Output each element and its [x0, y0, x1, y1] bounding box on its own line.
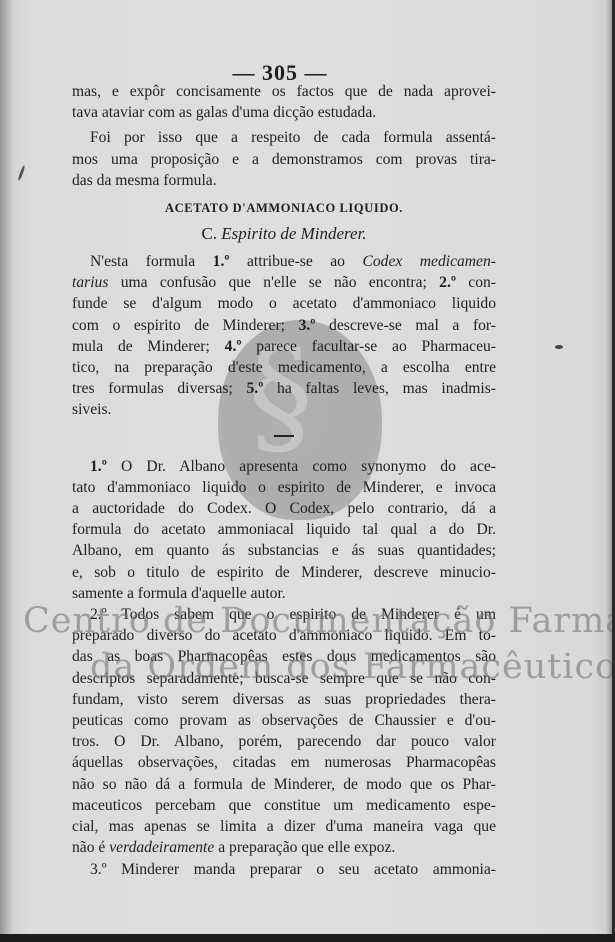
text-run: attribue-se ao [229, 253, 362, 270]
section-title: ACETATO D'AMMONIACO LIQUIDO. [72, 195, 496, 221]
text-line: cial, mas apenas se limita a dizer d'uma… [72, 816, 496, 837]
watermark-text-line-2: da Ordem dos Farmacêuticos [90, 647, 615, 687]
ordinal: 1.º [213, 253, 230, 270]
text-run: descreve-se mal a for- [315, 317, 496, 334]
section-divider [274, 435, 294, 437]
text-line: 1.º O Dr. Albano apresenta como synonymo… [72, 456, 496, 477]
ordinal: 4.º [225, 338, 242, 355]
text-line: não é verdadeiramente a preparação que e… [72, 837, 496, 858]
subsection-text: Espirito de Minderer. [221, 224, 366, 243]
ordinal: 2.º [439, 274, 456, 291]
page-bottom-edge [0, 934, 615, 942]
text-run: a preparação que elle expoz. [214, 839, 395, 856]
text-line: e, sob o titulo de espirito de Minderer,… [72, 562, 496, 583]
text-line: peuticas como provam as observações de C… [72, 710, 496, 731]
text-line: áquellas observações, citadas em numeros… [72, 752, 496, 773]
text-line: Foi por isso que a respeito de cada form… [72, 127, 496, 148]
text-line: tres formulas diversas; 5.º ha faltas le… [72, 378, 496, 399]
text-run: O Dr. Albano apresenta como synonymo do … [107, 458, 496, 475]
text-run: com o espirito de Minderer; [72, 317, 299, 334]
text-line: mos uma proposição e a demonstramos com … [72, 149, 496, 170]
book-page: § — 305 — mas, e expôr concisamente os f… [0, 0, 615, 934]
text-run: ha faltas leves, mas inadmis- [263, 380, 496, 397]
text-line: maceuticos percebam que constitue um med… [72, 795, 496, 816]
text-run: N'esta formula [90, 253, 213, 270]
text-run: uma confusão que n'elle se não encontra; [108, 274, 439, 291]
text-line: N'esta formula 1.º attribue-se ao Codex … [72, 251, 496, 272]
text-run: tres formulas diversas; [72, 380, 247, 397]
text-line: tros. O Dr. Albano, porém, parecendo dar… [72, 731, 496, 752]
text-line: mula de Minderer; 4.º parece facultar-se… [72, 336, 496, 357]
text-line: fundam, visto serem diversas as suas pro… [72, 689, 496, 710]
ordinal: 3.º [299, 317, 316, 334]
ordinal: 5.º [247, 380, 264, 397]
text-line: tava ataviar com as galas d'uma dicção e… [72, 102, 496, 123]
text-line: tico, na preparação d'este medicamento, … [72, 357, 496, 378]
italic-term: tarius [72, 274, 108, 291]
text-line: a auctoridade do Codex. O Codex, pelo co… [72, 498, 496, 519]
italic-term: verdadeiramente [109, 839, 214, 856]
text-line: não so não dá a formula de Minderer, de … [72, 774, 496, 795]
ordinal: 1.º [90, 458, 107, 475]
text-line: Albano, em quanto ás substancias e ás su… [72, 540, 496, 561]
spine-shadow [0, 0, 14, 934]
text-line: siveis. [72, 399, 496, 420]
italic-term: Codex medicamen- [362, 253, 496, 270]
ordinal: 3.º [90, 861, 107, 878]
text-line: mas, e expôr concisamente os factos que … [72, 81, 496, 102]
page-body: mas, e expôr concisamente os factos que … [72, 81, 496, 880]
text-run: parece facultar-se ao Pharmaceu- [241, 338, 496, 355]
text-line: tato d'ammoniaco liquido o espirito de M… [72, 477, 496, 498]
watermark-text-line-1: Centro de Documentação Farmacêutica [23, 601, 615, 641]
text-line: das da mesma formula. [72, 170, 496, 191]
text-line: 3.º Minderer manda preparar o seu acetat… [72, 859, 496, 880]
text-run: con- [456, 274, 496, 291]
text-run: não é [72, 839, 109, 856]
text-run: Minderer manda preparar o seu acetato am… [107, 861, 496, 878]
text-line: funde se d'algum modo o acetato d'ammoni… [72, 293, 496, 314]
text-line: tarius uma confusão que n'elle se não en… [72, 272, 496, 293]
text-run: mula de Minderer; [72, 338, 225, 355]
text-line: formula do acetato ammoniacal liquido ta… [72, 519, 496, 540]
subsection-prefix: C. [201, 224, 217, 243]
ink-mark [17, 165, 25, 181]
subsection-title: C. Espirito de Minderer. [72, 223, 496, 245]
ink-speck [555, 345, 563, 349]
text-line: com o espirito de Minderer; 3.º descreve… [72, 315, 496, 336]
